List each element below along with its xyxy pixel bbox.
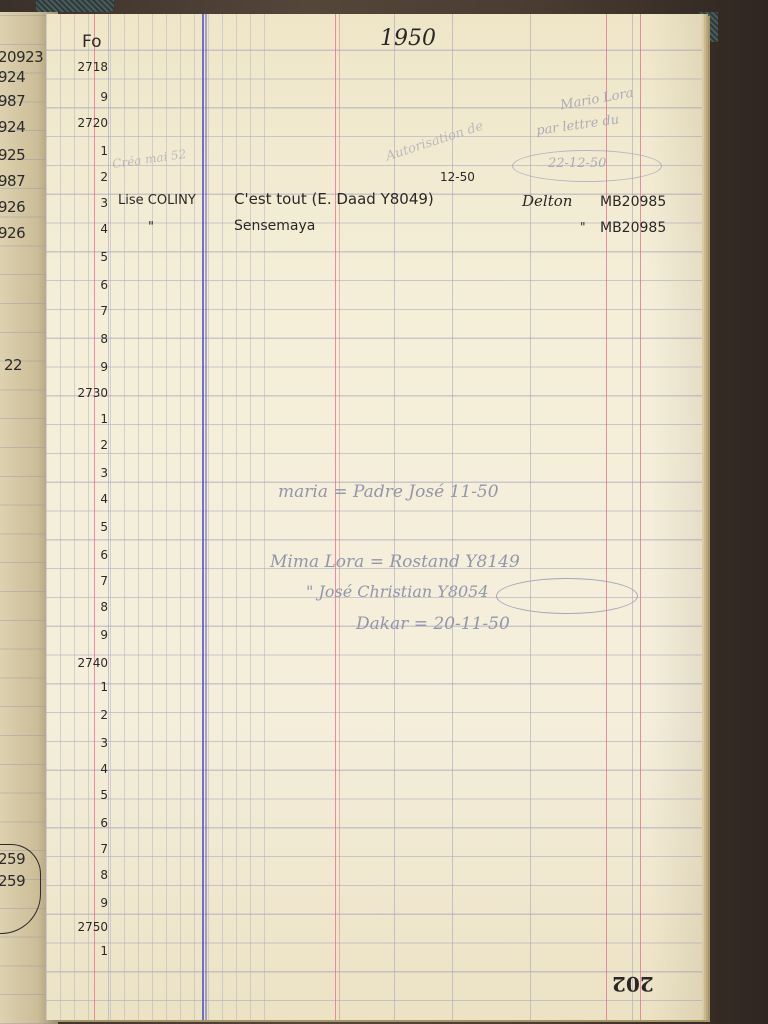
left-page-number: 987 <box>0 172 25 190</box>
row-number: 6 <box>46 816 108 830</box>
entry-reference: MB20985 <box>600 220 666 236</box>
row-number: 9 <box>46 360 108 374</box>
row-number: 2740 <box>46 656 108 670</box>
margin-line-red <box>335 14 336 1020</box>
left-page-circle-mark <box>0 844 41 934</box>
margin-line-blue <box>205 14 207 1020</box>
row-number: 2730 <box>46 386 108 400</box>
column-line <box>394 14 395 1020</box>
row-number: 1 <box>46 680 108 694</box>
pencil-note: Dakar = 20-11-50 <box>356 614 510 634</box>
left-page-number: 987 <box>0 92 25 110</box>
pencil-note: maria = Padre José 11-50 <box>278 482 499 502</box>
row-number: 2718 <box>46 60 108 74</box>
row-number: 8 <box>46 600 108 614</box>
row-number: 6 <box>46 278 108 292</box>
row-number: 2750 <box>46 920 108 934</box>
row-number: 3 <box>46 736 108 750</box>
row-number: 9 <box>46 628 108 642</box>
entry-title: Sensemaya <box>234 218 315 234</box>
row-number: 2 <box>46 438 108 452</box>
folio-header: Fo <box>82 32 102 52</box>
row-number: 2 <box>46 708 108 722</box>
row-number: 3 <box>46 466 108 480</box>
row-number: 5 <box>46 788 108 802</box>
entry-name: Lise COLINY <box>118 193 196 208</box>
fine-rules-title <box>208 14 278 1020</box>
row-number: 4 <box>46 222 108 236</box>
row-number: 1 <box>46 144 108 158</box>
row-number: 9 <box>46 896 108 910</box>
left-page-number: 926 <box>0 198 25 216</box>
entry-name: " <box>148 220 154 235</box>
row-number: 4 <box>46 762 108 776</box>
margin-line-red <box>339 14 340 1020</box>
entry-reference: MB20985 <box>600 194 666 210</box>
entry-title: C'est tout (E. Daad Y8049) <box>234 190 434 208</box>
left-page-number: 925 <box>0 146 25 164</box>
row-number: 7 <box>46 304 108 318</box>
page-number: 202 <box>612 972 654 996</box>
row-number: 9 <box>46 90 108 104</box>
left-page-number: 926 <box>0 224 25 242</box>
row-number: 8 <box>46 868 108 882</box>
row-number: 7 <box>46 574 108 588</box>
row-number: 4 <box>46 492 108 506</box>
entry-publisher: Delton <box>522 192 572 210</box>
left-page-number: 924 <box>0 118 25 136</box>
column-line <box>452 14 453 1020</box>
row-number: 6 <box>46 548 108 562</box>
margin-line-blue <box>202 14 204 1020</box>
pencil-note: " José Christian Y8054 <box>306 582 489 601</box>
column-line <box>108 14 109 1020</box>
left-page-number: 924 <box>0 68 25 86</box>
pencil-note: Mima Lora = Rostand Y8149 <box>270 552 520 572</box>
row-number: 2 <box>46 170 108 184</box>
left-page-number: 20923 <box>0 48 43 66</box>
ledger-binding <box>36 0 114 12</box>
row-number: 1 <box>46 944 108 958</box>
row-number: 5 <box>46 250 108 264</box>
row-number: 8 <box>46 332 108 346</box>
row-number: 2720 <box>46 116 108 130</box>
entry-date-note: 12-50 <box>440 170 475 184</box>
left-page-number: 22 <box>4 356 22 374</box>
row-number: 5 <box>46 520 108 534</box>
row-number: 7 <box>46 842 108 856</box>
row-number: 1 <box>46 412 108 426</box>
year-heading: 1950 <box>380 26 436 51</box>
pencil-note: 22-12-50 <box>548 156 606 171</box>
entry-publisher: " <box>580 220 586 234</box>
pencil-circle <box>496 578 638 614</box>
row-number: 3 <box>46 196 108 210</box>
